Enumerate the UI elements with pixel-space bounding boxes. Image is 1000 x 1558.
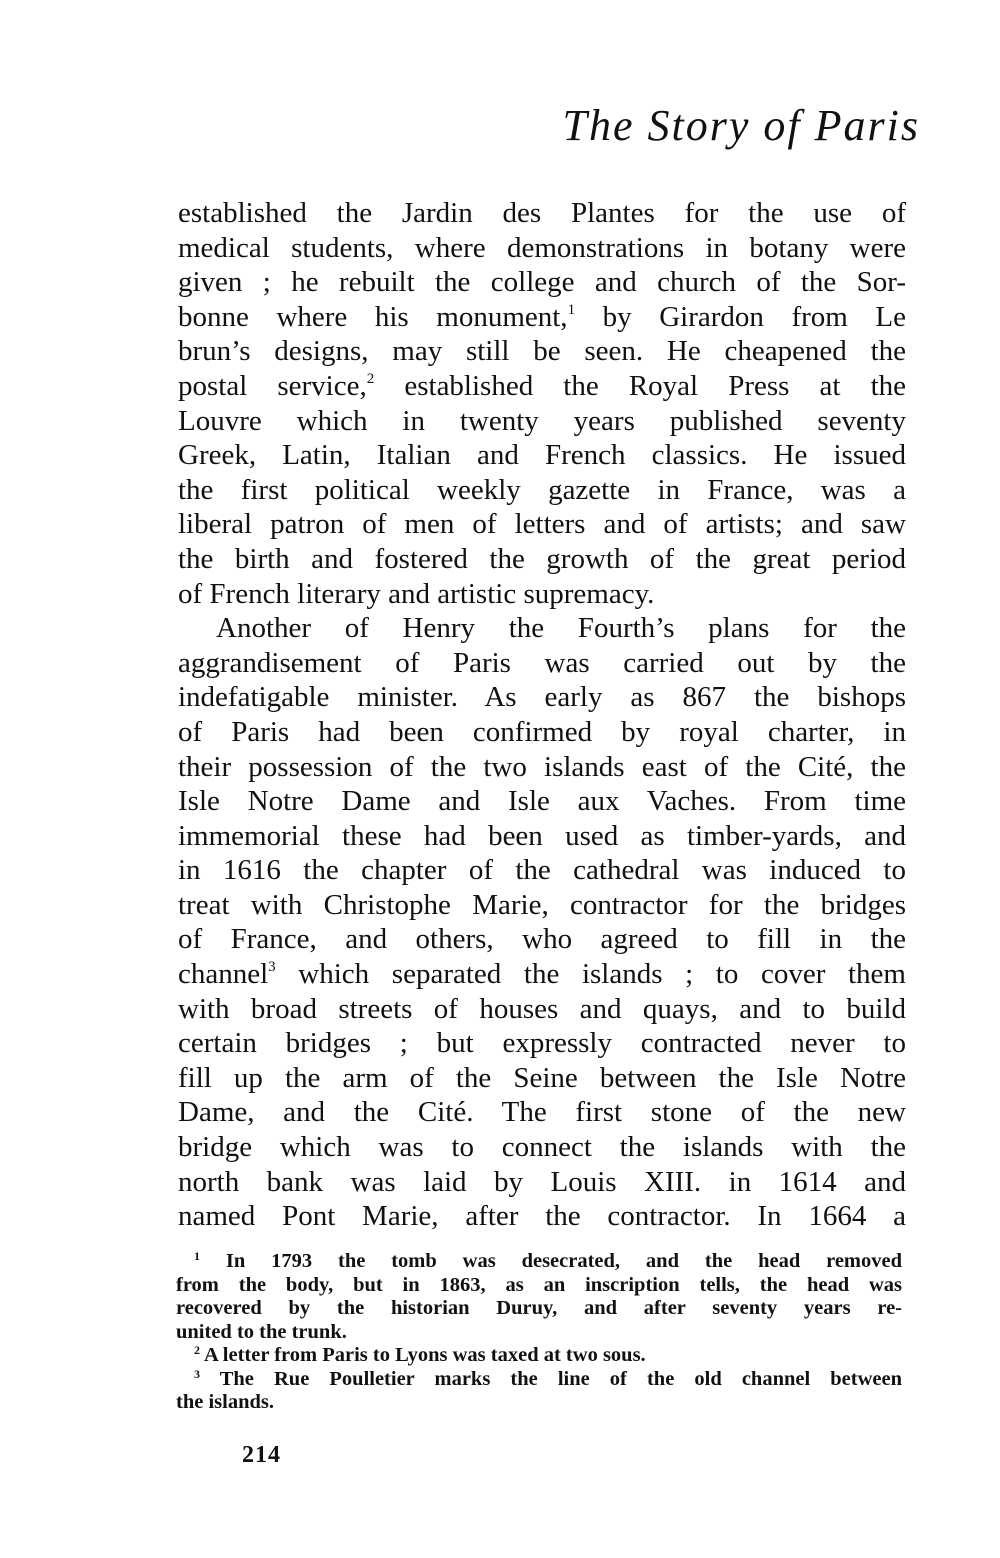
text-line: fill up the arm of the Seine between the… bbox=[178, 1061, 906, 1096]
footnote-2: 2 A letter from Paris to Lyons was taxed… bbox=[176, 1344, 902, 1368]
footnote-text: The Rue Poulletier marks the line of the… bbox=[220, 1368, 902, 1390]
footnote-ref-1[interactable]: 1 bbox=[568, 302, 576, 318]
footnote-line: from the body, but in 1863, as an inscri… bbox=[176, 1274, 902, 1298]
footnote-marker: 3 bbox=[194, 1367, 200, 1381]
text-segment: by Girardon from Le bbox=[575, 301, 906, 333]
text-segment: postal service, bbox=[178, 370, 367, 402]
running-head-title: The Story of Paris bbox=[520, 100, 920, 151]
page-number: 214 bbox=[242, 1442, 281, 1469]
text-segment: established the Royal Press at the bbox=[374, 370, 906, 402]
text-line: the birth and fostered the growth of the… bbox=[178, 542, 906, 577]
text-line: certain bridges ; but expressly contract… bbox=[178, 1026, 906, 1061]
text-line: with broad streets of houses and quays, … bbox=[178, 992, 906, 1027]
text-line: north bank was laid by Louis XIII. in 16… bbox=[178, 1165, 906, 1200]
text-line: brun’s designs, may still be seen. He ch… bbox=[178, 334, 906, 369]
footnote-line: the islands. bbox=[176, 1391, 902, 1415]
text-line: indefatigable minister. As early as 867 … bbox=[178, 680, 906, 715]
text-line: aggrandisement of Paris was carried out … bbox=[178, 646, 906, 681]
text-line: of France, and others, who agreed to fil… bbox=[178, 922, 906, 957]
text-line: of Paris had been confirmed by royal cha… bbox=[178, 715, 906, 750]
footnote-line: united to the trunk. bbox=[176, 1321, 902, 1345]
text-line: in 1616 the chapter of the cathedral was… bbox=[178, 853, 906, 888]
text-line: Another of Henry the Fourth’s plans for … bbox=[178, 611, 906, 646]
text-line: liberal patron of men of letters and of … bbox=[178, 507, 906, 542]
text-line: given ; he rebuilt the college and churc… bbox=[178, 265, 906, 300]
text-line: established the Jardin des Plantes for t… bbox=[178, 196, 906, 231]
footnote-text: A letter from Paris to Lyons was taxed a… bbox=[204, 1344, 646, 1366]
text-segment: bonne where his monument, bbox=[178, 301, 568, 333]
text-line: their possession of the two islands east… bbox=[178, 750, 906, 785]
footnote-text: In 1793 the tomb was desecrated, and the… bbox=[226, 1250, 902, 1272]
text-line: Dame, and the Cité. The first stone of t… bbox=[178, 1095, 906, 1130]
text-line: the first political weekly gazette in Fr… bbox=[178, 473, 906, 508]
text-line: postal service,2 established the Royal P… bbox=[178, 369, 906, 404]
text-line: Isle Notre Dame and Isle aux Vaches. Fro… bbox=[178, 784, 906, 819]
footnote-line: recovered by the historian Duruy, and af… bbox=[176, 1297, 902, 1321]
text-line: immemorial these had been used as timber… bbox=[178, 819, 906, 854]
footnote-ref-3[interactable]: 3 bbox=[268, 959, 276, 975]
text-line: named Pont Marie, after the contractor. … bbox=[178, 1199, 906, 1234]
text-line: medical students, where demonstrations i… bbox=[178, 231, 906, 266]
text-line: Louvre which in twenty years published s… bbox=[178, 404, 906, 439]
text-line: Greek, Latin, Italian and French classic… bbox=[178, 438, 906, 473]
text-segment: which separated the islands ; to cover t… bbox=[276, 958, 906, 990]
text-line: of French literary and artistic supremac… bbox=[178, 577, 906, 612]
footnote-3: 3 The Rue Poulletier marks the line of t… bbox=[176, 1368, 902, 1392]
body-text: established the Jardin des Plantes for t… bbox=[178, 196, 906, 1234]
footnote-marker: 2 bbox=[194, 1343, 200, 1357]
text-line: bonne where his monument,1 by Girardon f… bbox=[178, 300, 906, 335]
text-line: bridge which was to connect the islands … bbox=[178, 1130, 906, 1165]
footnote-1: 1 In 1793 the tomb was desecrated, and t… bbox=[176, 1250, 902, 1274]
text-line: channel3 which separated the islands ; t… bbox=[178, 957, 906, 992]
text-segment: channel bbox=[178, 958, 268, 990]
text-line: treat with Christophe Marie, contractor … bbox=[178, 888, 906, 923]
footnotes: 1 In 1793 the tomb was desecrated, and t… bbox=[176, 1250, 902, 1415]
footnote-marker: 1 bbox=[194, 1249, 200, 1263]
